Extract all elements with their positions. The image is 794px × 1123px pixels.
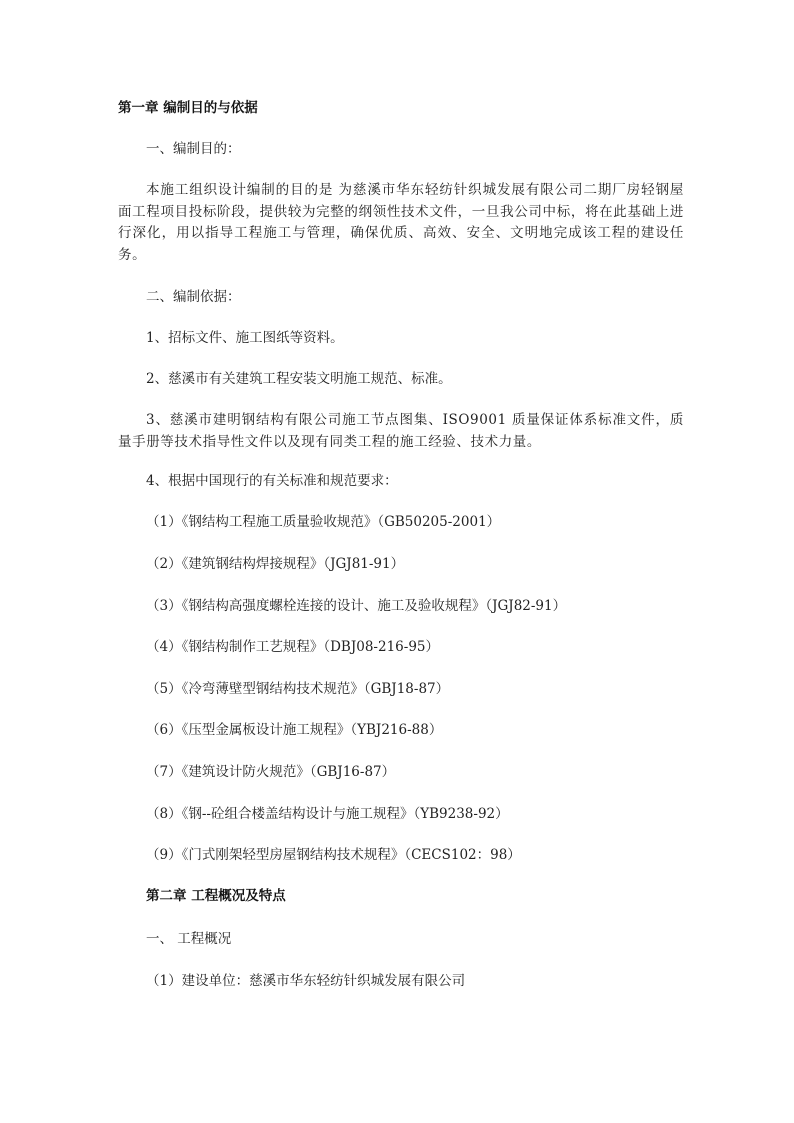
basis-item-1: 1、招标文件、施工图纸等资料。 [146,330,344,346]
document-page: 第一章 编制目的与依据 一、编制目的： 本施工组织设计编制的目的是 为慈溪市华东… [0,0,794,1123]
chapter2-title: 第二章 工程概况及特点 [146,888,286,904]
standard-item-8: （8）《钢--砼组合楼盖结构设计与施工规程》（YB9238-92） [146,806,509,822]
chapter1-title: 第一章 编制目的与依据 [118,100,258,116]
purpose-paragraph: 本施工组织设计编制的目的是 为慈溪市华东轻纺针织城发展有限公司二期厂房轻钢屋面工… [118,180,684,266]
project-overview-item-1: （1）建设单位：慈溪市华东轻纺针织城发展有限公司 [146,973,465,989]
section1-title: 一、编制目的： [146,141,241,157]
standard-item-4: （4）《钢结构制作工艺规程》（DBJ08-216-95） [146,639,439,655]
standard-item-7: （7）《建筑设计防火规范》（GBJ16-87） [146,764,395,780]
chapter2-section1-title: 一、 工程概况 [146,931,231,947]
standard-item-2: （2）《建筑钢结构焊接规程》（JGJ81-91） [146,556,404,572]
standard-item-6: （6）《压型金属板设计施工规程》（YBJ216-88） [146,722,442,738]
standard-item-5: （5）《冷弯薄壁型钢结构技术规范》（GBJ18-87） [146,681,449,697]
basis-item-2: 2、慈溪市有关建筑工程安装文明施工规范、标准。 [146,371,452,387]
standard-item-1: （1）《钢结构工程施工质量验收规范》（GB50205-2001） [146,514,500,530]
basis-item-4: 4、根据中国现行的有关标准和规范要求： [146,473,398,489]
basis-item-3: 3、慈溪市建明钢结构有限公司施工节点图集、ISO9001 质量保证体系标准文件，… [118,410,684,453]
standard-item-3: （3）《钢结构高强度螺栓连接的设计、施工及验收规程》（JGJ82-91） [146,598,566,614]
standard-item-9: （9）《门式刚架轻型房屋钢结构技术规程》（CECS102：98） [146,847,521,863]
section2-title: 二、编制依据： [146,289,241,305]
